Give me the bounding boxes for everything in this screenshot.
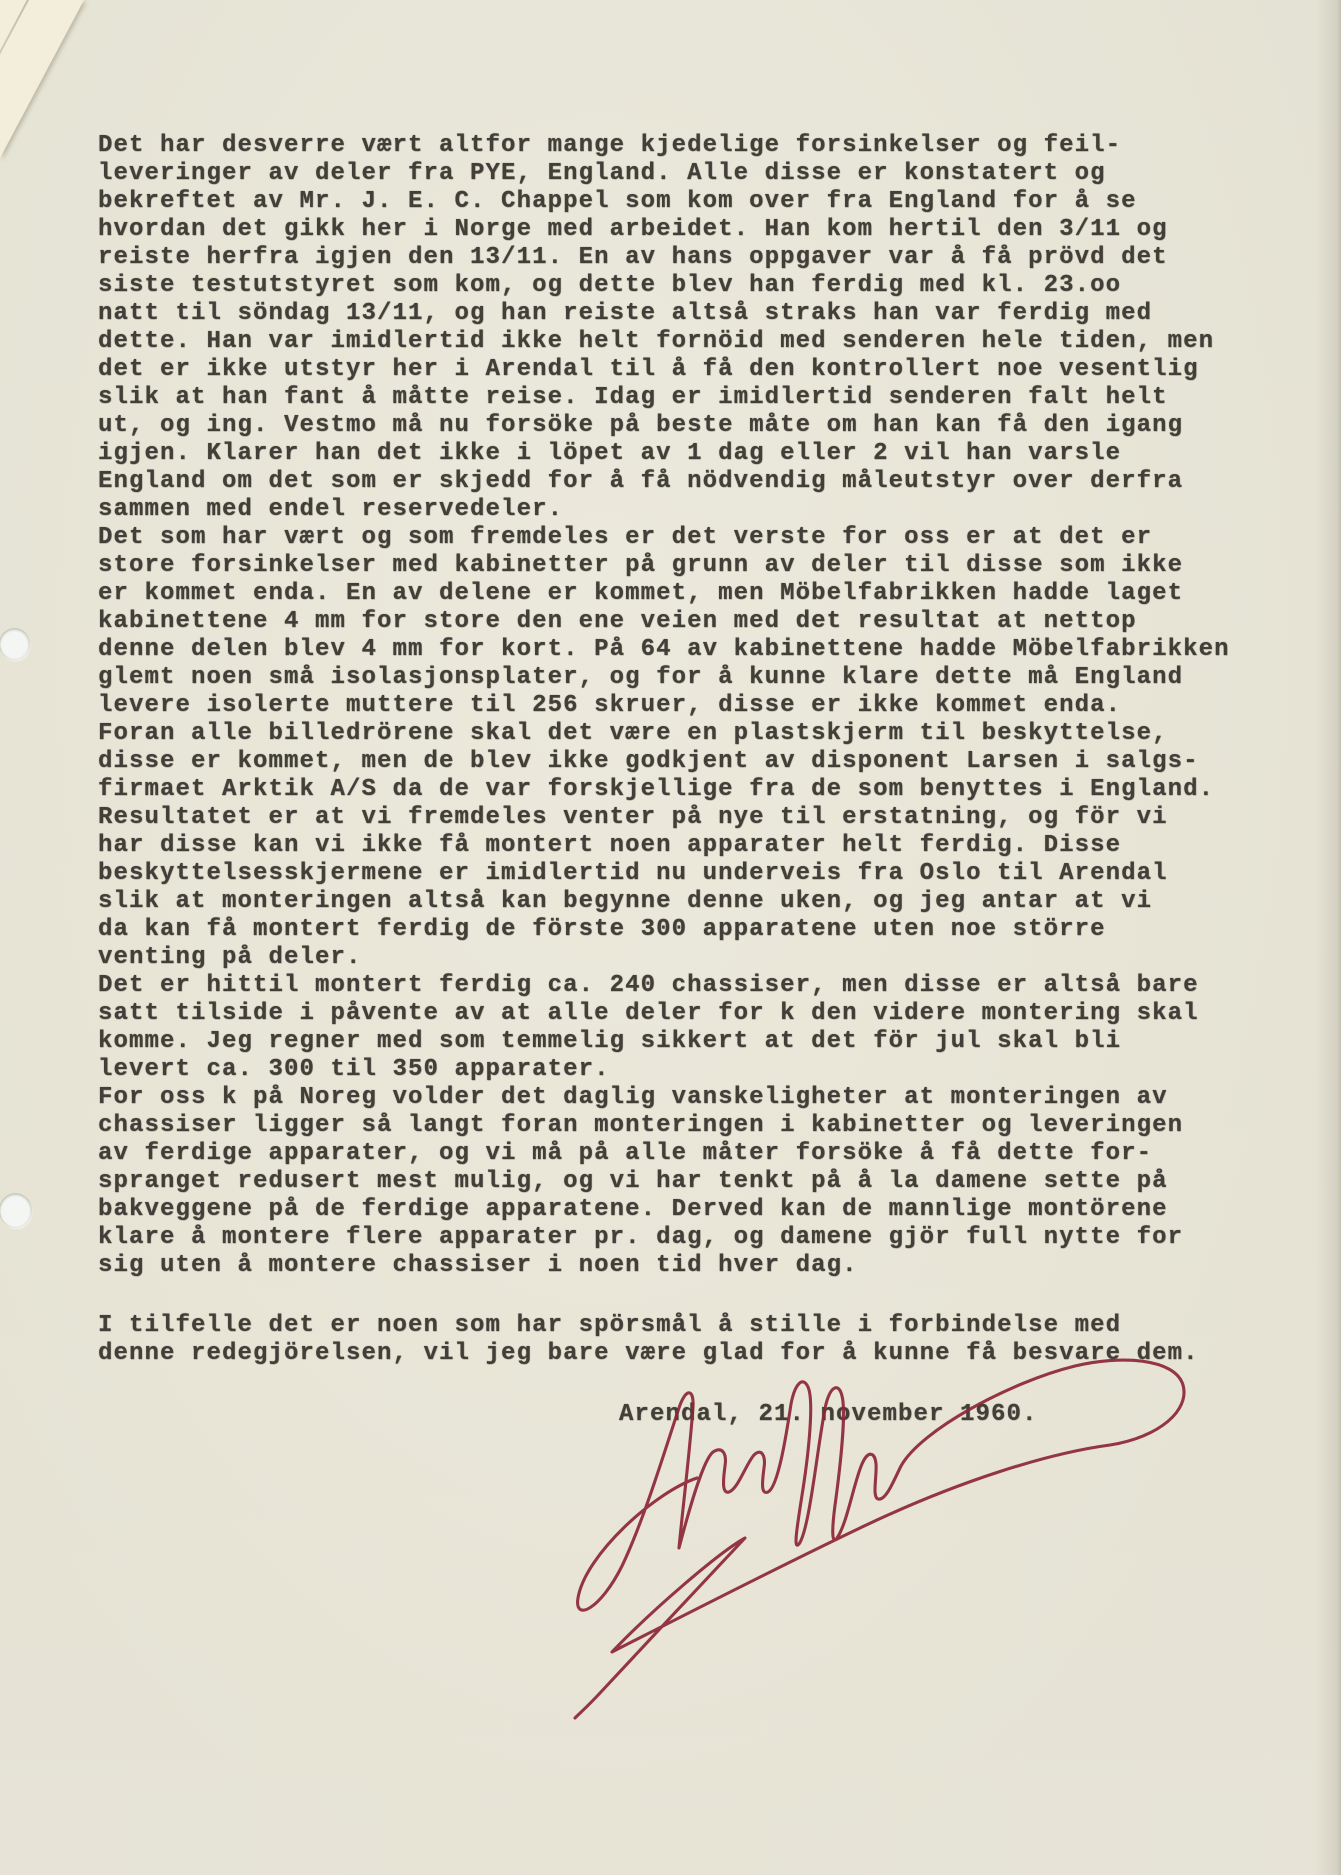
closing-paragraph: I tilfelle det er noen som har spörsmål …: [98, 1312, 1199, 1368]
typed-body-text: Det har desverre vært altfor mange kjede…: [98, 132, 1230, 1280]
punch-hole-top: [0, 629, 29, 659]
document-page: Det har desverre vært altfor mange kjede…: [0, 0, 1341, 1875]
folded-corner: [0, 0, 84, 158]
punch-hole-bottom: [0, 1194, 31, 1227]
dateline: Arendal, 21. november 1960.: [619, 1401, 1038, 1429]
